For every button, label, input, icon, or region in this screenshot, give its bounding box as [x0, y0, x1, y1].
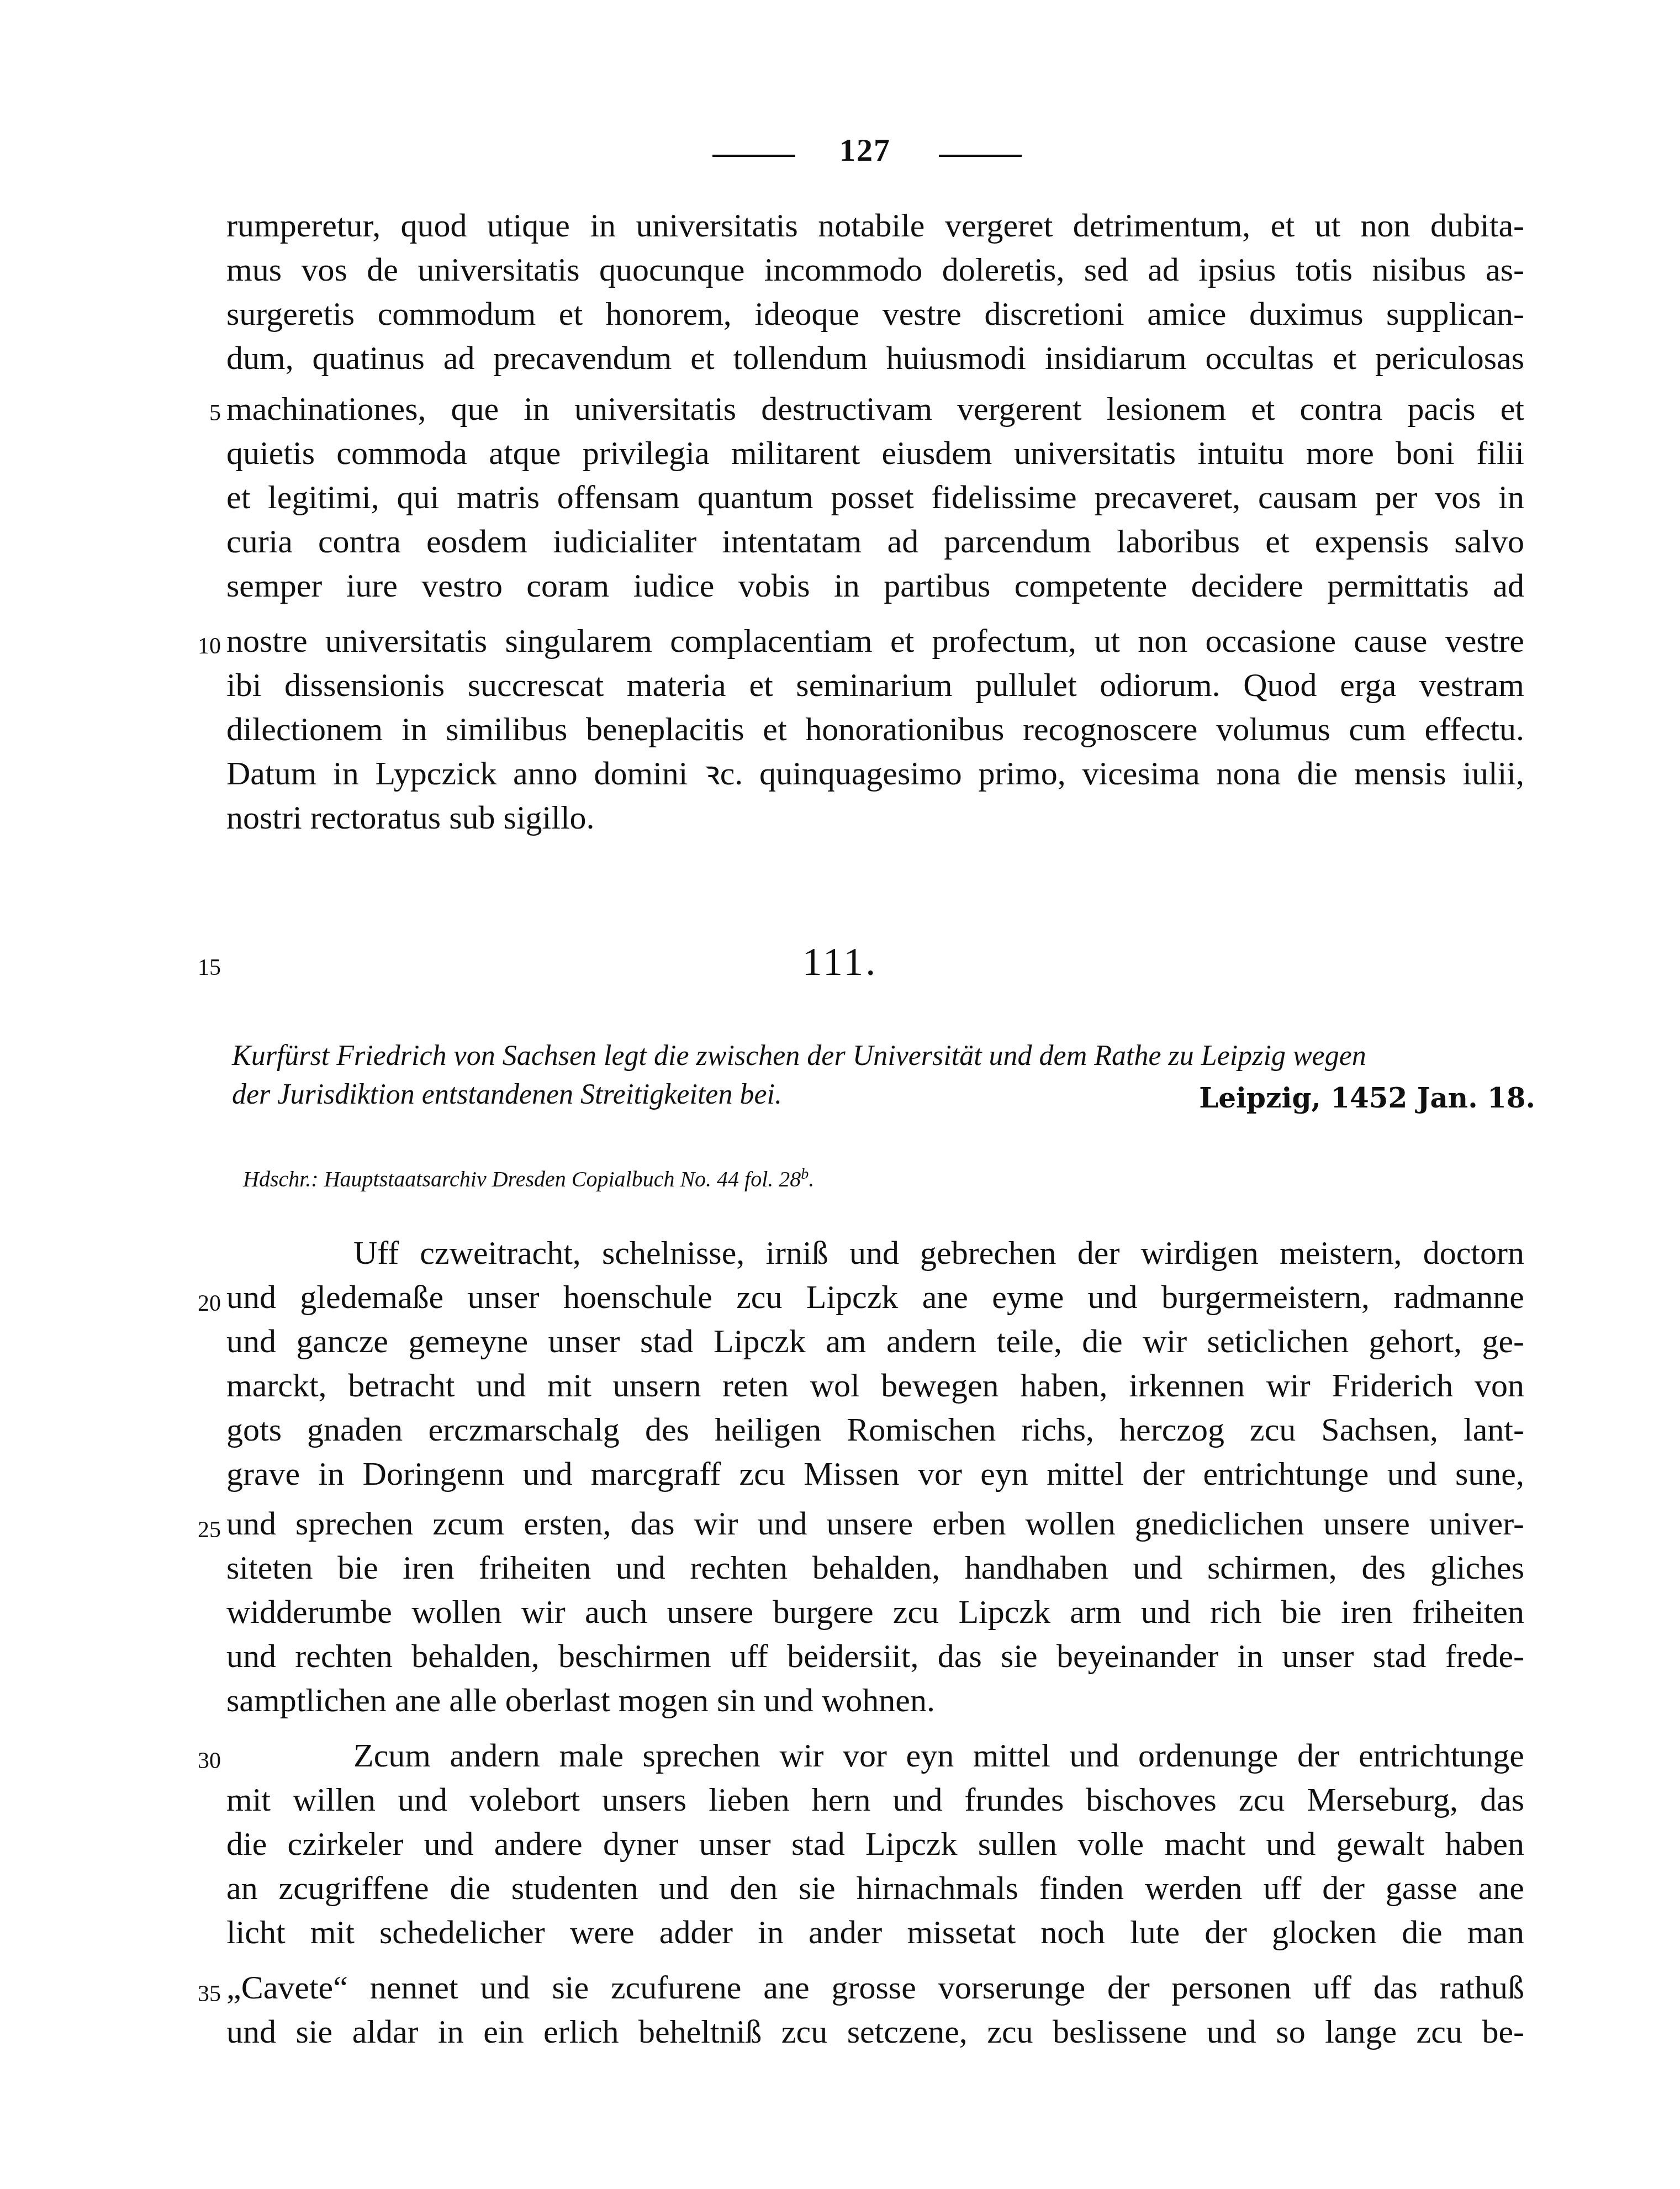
line-number: 30 [188, 1739, 221, 1783]
line-number: 10 [188, 624, 221, 668]
text-line: marckt, betracht und mit unsern reten wo… [226, 1363, 1524, 1407]
text-line: grave in Doringenn und marcgraff zcu Mis… [226, 1452, 1524, 1496]
text-line: und gledemaße unser hoenschule zcu Lipcz… [226, 1275, 1524, 1319]
text-line: siteten bie iren friheiten und rechten b… [226, 1546, 1524, 1590]
page-header: 127 [712, 131, 1022, 176]
text-line: surgeretis commodum et honorem, ideoque … [226, 292, 1524, 336]
text-line: widderumbe wollen wir auch unsere burger… [226, 1590, 1524, 1634]
source-end: . [809, 1167, 814, 1191]
text-line: dum, quatinus ad precavendum et tollendu… [226, 336, 1524, 380]
text-line: Datum in Lypczick anno domini ꝛc. quinqu… [226, 751, 1524, 795]
text-line: dilectionem in similibus beneplacitis et… [226, 707, 1524, 751]
text-line: mit willen und volebort unsers lieben he… [226, 1777, 1524, 1822]
document-number: 111. [0, 939, 1680, 985]
line-number: 25 [188, 1508, 221, 1552]
line-number: 5 [199, 391, 221, 435]
text-line: quietis commoda atque privilegia militar… [226, 431, 1524, 475]
text-line: nostre universitatis singularem complace… [226, 619, 1524, 663]
text-line: licht mit schedelicher were adder in and… [226, 1910, 1524, 1954]
text-line: mus vos de universitatis quocunque incom… [226, 247, 1524, 292]
line-number: 35 [188, 1972, 221, 2016]
regest-line: Kurfürst Friedrich von Sachsen legt die … [232, 1038, 1535, 1074]
text-line: ibi dissensionis succrescat materia et s… [226, 663, 1524, 707]
folio-side: b [801, 1165, 809, 1183]
document-date: Leipzig, 1452 Jan. 18. [1199, 1082, 1535, 1114]
text-line: und sie aldar in ein erlich beheltniß zc… [226, 2009, 1524, 2054]
text-line: und sprechen zcum ersten, das wir und un… [226, 1501, 1524, 1546]
line-number: 20 [188, 1281, 221, 1326]
header-rule-left [712, 155, 795, 157]
text-line: samptlichen ane alle oberlast mogen sin … [226, 1678, 1524, 1722]
text-line: Zcum andern male sprechen wir vor eyn mi… [226, 1733, 1524, 1777]
text-line: curia contra eosdem iudicialiter intenta… [226, 519, 1524, 563]
text-line: „Cavete“ nennet und sie zcufurene ane gr… [226, 1965, 1524, 2009]
text-line: und rechten behalden, beschirmen uff bei… [226, 1634, 1524, 1678]
text-line: machinationes, que in universitatis dest… [226, 387, 1524, 431]
text-line: Uff czweitracht, schelnisse, irniß und g… [226, 1231, 1524, 1275]
text-line: an zcugriffene die studenten und den sie… [226, 1866, 1524, 1910]
book-page: 127 rumperetur, quod utique in universit… [0, 0, 1680, 2189]
page-number: 127 [839, 131, 891, 168]
text-line: die czirkeler und andere dyner unser sta… [226, 1822, 1524, 1866]
header-rule-right [939, 155, 1022, 157]
text-line: et legitimi, qui matris offensam quantum… [226, 475, 1524, 519]
text-line: und gancze gemeyne unser stad Lipczk am … [226, 1319, 1524, 1363]
text-line: semper iure vestro coram iudice vobis in… [226, 563, 1524, 608]
text-line: rumperetur, quod utique in universitatis… [226, 203, 1524, 247]
text-line: gots gnaden erczmarschalg des heiligen R… [226, 1407, 1524, 1452]
text-line: nostri rectoratus sub sigillo. [226, 795, 1524, 840]
source-note: Hdschr.: Hauptstaatsarchiv Dresden Copia… [243, 1165, 814, 1192]
source-text: Hdschr.: Hauptstaatsarchiv Dresden Copia… [243, 1167, 801, 1191]
